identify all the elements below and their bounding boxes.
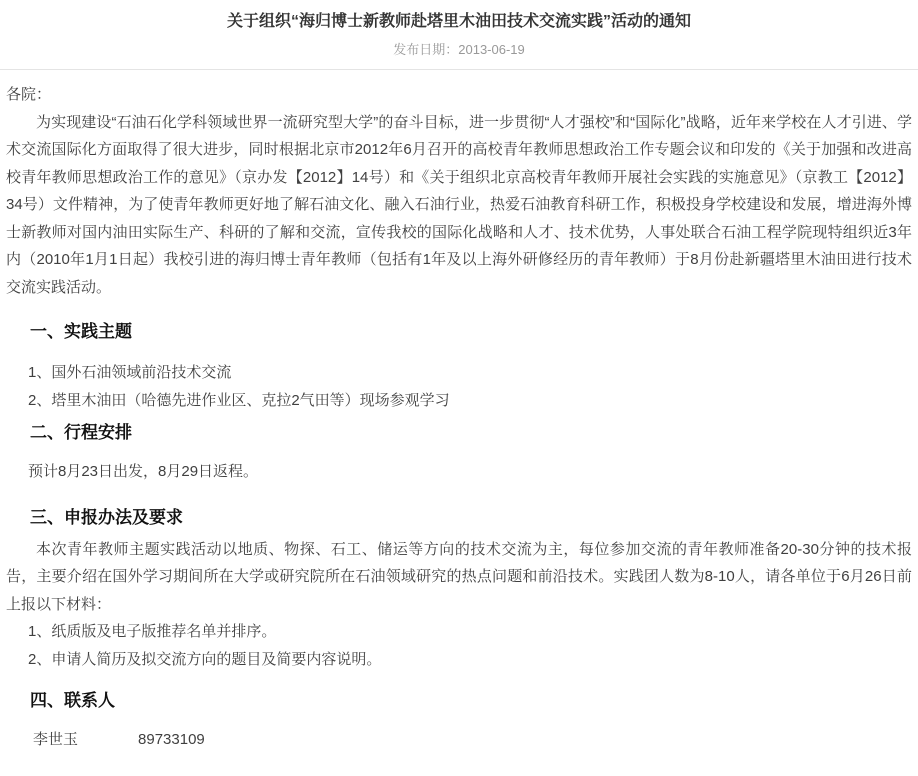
notice-page: 关于组织“海归博士新教师赴塔里木油田技术交流实践”活动的通知 发布日期：2013… — [0, 0, 918, 776]
contact-phone: 89733109 — [138, 731, 205, 748]
article-body: 各院： 为实现建设“石油石化学科领域世界一流研究型大学”的奋斗目标，进一步贯彻“… — [0, 70, 918, 760]
intro-paragraph: 为实现建设“石油石化学科领域世界一流研究型大学”的奋斗目标，进一步贯彻“人才强校… — [6, 109, 912, 302]
practice-topic-item: 1、国外石油领域前沿技术交流 — [6, 359, 912, 387]
section-heading-application: 三、申报办法及要求 — [6, 506, 912, 530]
schedule-paragraph: 预计8月23日出发，8月29日返程。 — [6, 458, 912, 486]
section-heading-practice-topic: 一、实践主题 — [6, 320, 912, 344]
materials-list: 1、纸质版及电子版推荐名单并排序。 2、申请人简历及拟交流方向的题目及简要内容说… — [6, 618, 912, 673]
application-requirements-paragraph: 本次青年教师主题实践活动以地质、物探、石工、储运等方向的技术交流为主，每位参加交… — [6, 536, 912, 619]
section-heading-contact: 四、联系人 — [6, 689, 912, 713]
section-heading-schedule: 二、行程安排 — [6, 421, 912, 445]
salutation: 各院： — [6, 81, 912, 109]
practice-topic-item: 2、塔里木油田（哈德先进作业区、克拉2气田等）现场参观学习 — [6, 387, 912, 415]
page-title: 关于组织“海归博士新教师赴塔里木油田技术交流实践”活动的通知 — [0, 11, 918, 32]
contact-name: 李世玉 — [33, 731, 78, 748]
material-item: 2、申请人简历及拟交流方向的题目及简要内容说明。 — [6, 646, 912, 674]
article-header: 关于组织“海归博士新教师赴塔里木油田技术交流实践”活动的通知 发布日期：2013… — [0, 0, 918, 57]
publish-date: 发布日期：2013-06-19 — [0, 42, 918, 57]
practice-topic-list: 1、国外石油领域前沿技术交流 2、塔里木油田（哈德先进作业区、克拉2气田等）现场… — [6, 359, 912, 414]
material-item: 1、纸质版及电子版推荐名单并排序。 — [6, 618, 912, 646]
contact-line: 李世玉89733109 — [6, 726, 912, 754]
